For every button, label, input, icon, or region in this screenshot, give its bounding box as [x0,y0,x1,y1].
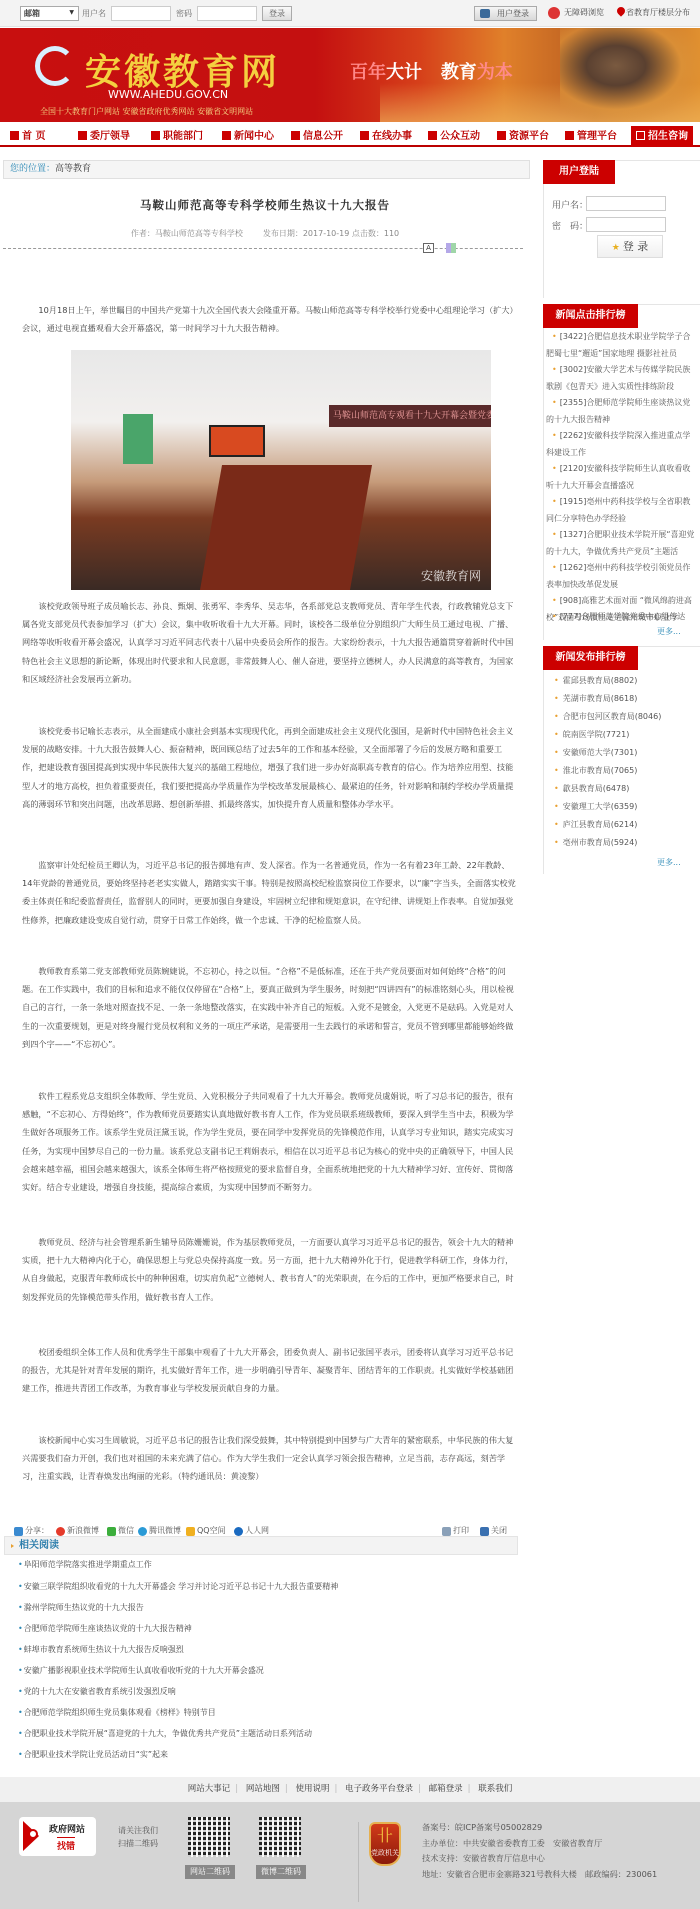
click-count: [777] [560,612,582,621]
related-item[interactable]: 阜阳师范学院落实推进学期重点工作 [18,1559,152,1570]
nav-label: 信息公开 [303,131,343,142]
footer: 政府网站 找错 请关注我们扫描二维码 网站二维码 微博二维码 卝党政机关 备案号… [0,1802,700,1909]
click-rank-item[interactable]: •[3422]合肥信息技术职业学院学子合肥蜀七里“邂逅”国家地理 摄影社社员 [546,329,698,362]
nav-item-leaders[interactable]: 委厅领导 [78,128,130,145]
click-rank-item[interactable]: •[777]合肥师范学院党委中心组传达 [546,609,698,626]
gov-site-error-report-badge[interactable]: 政府网站 找错 [19,1817,96,1856]
site-url: WWW.AHEDU.GOV.CN [108,88,228,101]
click-rank-item[interactable]: •[3002]安徽大学艺术与传媒学院民族歌剧《包青天》进入实质性排练阶段 [546,362,698,395]
username-input[interactable] [111,6,171,21]
home-icon [10,131,19,140]
related-item[interactable]: 安徽广播影视职业技术学院师生认真收看收听党的十九大开幕会盛况 [18,1665,264,1676]
click-rank-item[interactable]: •[1915]亳州中药科技学校与全省职教同仁分享特色办学经验 [546,494,698,527]
user-login-button[interactable]: 用户登录 [474,6,537,21]
click-rank-item[interactable]: •[2120]安徽科技学院师生认真收看收听十九大开幕会直播盛况 [546,461,698,494]
share-item-label: 新浪微博 [67,1526,99,1535]
separator: | [468,1784,471,1794]
bullet-icon: • [554,730,559,739]
list-icon [151,131,160,140]
publish-rank-text: 庐江县教育局(6214) [563,820,638,829]
nav-label: 管理平台 [577,131,617,142]
motto-part: 大计 [386,62,422,83]
wechat-icon [107,1527,116,1536]
publish-rank-text: 皖南医学院(7721) [563,730,630,739]
map-pin-icon [615,5,626,16]
related-item[interactable]: 蚌埠市教育系统师生热议十九大报告反响强烈 [18,1644,184,1655]
eye-icon [291,131,300,140]
footer-link-mail-login[interactable]: 邮箱登录 [429,1784,463,1794]
click-rank-more-link[interactable]: 更多... [657,626,681,637]
photo-element [209,425,265,457]
click-rank-item[interactable]: •[2262]安徽科技学院深入推进重点学科建设工作 [546,428,698,461]
site-slogan: 全国十大教育门户网站 安徽省政府优秀网站 安徽省文明网站 [40,106,253,117]
print-label: 打印 [453,1526,469,1535]
password-label: 密码 [176,8,192,19]
separator: | [235,1784,238,1794]
color-theme-toggle[interactable] [446,243,456,253]
close-icon [480,1527,489,1536]
publish-rank-text: 安徽师范大学(7301) [563,748,638,757]
bullet-icon: • [552,530,557,539]
nav-item-public-interaction[interactable]: 公众互动 [428,128,480,145]
floor-map-label: 省教育厅楼层分布 [626,8,690,17]
publish-rank-text: 合肥市包河区教育局(8046) [563,712,662,721]
breadcrumb: 您的位置：高等教育 [3,160,530,179]
bullet-icon: • [552,398,557,407]
grid-icon [360,131,369,140]
follow-line: 扫描二维码 [118,1837,158,1850]
magnifier-icon [28,1829,38,1839]
related-item[interactable]: 合肥师范学院组织师生党员集体观看《榜样》特别节目 [18,1707,216,1718]
click-rank-panel: 新闻点击排行榜 •[3422]合肥信息技术职业学院学子合肥蜀七里“邂逅”国家地理… [543,304,700,640]
address-info: 地址：安徽省合肥市金寨路321号教科大楼 邮政编码：230061 [422,1867,657,1883]
nav-label: 公众互动 [440,131,480,142]
article-paragraph: 该校新闻中心实习生周敏说，习近平总书记的报告让我们深受鼓舞，其中特别提到中国梦与… [22,1431,517,1486]
sponsor-info: 主办单位：中共安徽省委教育工委 安徽省教育厅 [422,1836,657,1852]
publish-rank-text: 淮北市教育局(7065) [563,766,638,775]
bullet-icon: • [552,332,557,341]
bullet-icon: • [552,497,557,506]
related-item[interactable]: 滁州学院师生热议党的十九大报告 [18,1602,144,1613]
bullet-icon: • [552,365,557,374]
article-paragraph: 该校党政领导班子成员喻长志、孙良、甄炯、张勇军、李秀华、吴志华，各系部党总支教师… [22,597,517,688]
nav-item-departments[interactable]: 职能部门 [151,128,203,145]
article-photo: 马鞍山师范高专观看十九大开幕会暨党委中心组理论学习 安徽教育网 [71,350,491,590]
separator: | [334,1784,337,1794]
click-count: [1327] [560,530,587,539]
article-paragraph: 该校党委书记喻长志表示，从全面建成小康社会到基本实现现代化，再到全面建成社会主义… [22,722,517,813]
floor-map-link[interactable]: 省教育厅楼层分布 [617,6,690,20]
nav-label: 新闻中心 [234,131,274,142]
related-item[interactable]: 安徽三联学院组织收看党的十九大开幕盛会 学习并讨论习近平总书记十九大报告重要精神 [18,1581,338,1592]
site-qr-label: 网站二维码 [185,1865,235,1879]
nav-label: 职能部门 [163,131,203,142]
related-item[interactable]: 党的十九大在安徽省教育系统引发强烈反响 [18,1686,176,1697]
bullet-icon: • [554,802,559,811]
share-label-text: 分享： [25,1526,49,1535]
login-button-label: 登 录 [623,240,649,253]
article-paragraph: 教师教育系第二党支部教师党员陈婉婕说，不忘初心，持之以恒。“合格”不是低标准，还… [22,962,517,1053]
rss-icon [222,131,231,140]
user-icon [480,9,490,18]
renren-icon [234,1527,243,1536]
bullet-icon: • [554,676,559,685]
photo-banner-text: 马鞍山师范高专观看十九大开幕会暨党委中心组理论学习 [329,405,491,427]
article-paragraph: 10月18日上午，举世瞩目的中国共产党第十九次全国代表大会隆重开幕。马鞍山师范高… [22,301,517,337]
click-rank-title: 新闻点击排行榜 [543,304,638,328]
close-label: 关闭 [491,1526,507,1535]
click-count: [2355] [560,398,587,407]
nav-label: 资源平台 [509,131,549,142]
top-login-button[interactable]: 登录 [262,6,292,21]
hand-icon [428,131,437,140]
login-password-label: 密 码： [552,219,588,232]
banner-mountain-image [560,28,700,122]
divider [3,248,523,249]
password-input[interactable] [197,6,257,21]
photo-watermark: 安徽教育网 [421,567,481,584]
party-emblem-icon: 卝 [371,1824,399,1848]
nav-item-management[interactable]: 管理平台 [565,128,617,145]
share-item-label: 微信 [118,1526,134,1535]
separator: | [285,1784,288,1794]
accessibility-label: 无障碍浏览 [564,8,604,17]
article-author: 作者：马鞍山师范高等专科学校 [131,229,243,238]
footer-link-help[interactable]: 使用说明 [295,1784,329,1794]
article-paragraph: 监察审计处纪检员王卿认为，习近平总书记的报告掷地有声、发人深省。作为一名普通党员… [22,856,517,929]
bullet-icon: • [554,748,559,757]
publish-rank-item[interactable]: •安徽师范大学(7301) [554,747,637,758]
related-reading-header: 相关阅读 [4,1536,518,1555]
font-size-toggle[interactable]: A [423,243,434,253]
publish-rank-item[interactable]: •亳州市教育局(5924) [554,837,637,848]
click-count: [3422] [560,332,587,341]
nav-label: 委厅领导 [90,131,130,142]
share-item-label: QQ空间 [197,1526,226,1535]
badge-text: 政府网站 [49,1822,85,1835]
publish-rank-item[interactable]: •歙县教育局(6478) [554,783,629,794]
publish-rank-text: 安徽理工大学(6359) [563,802,638,811]
accessibility-icon [548,7,560,19]
related-item[interactable]: 合肥师范学院师生座谈热议党的十九大报告精神 [18,1623,192,1634]
chevron-down-icon: ▼ [69,9,74,16]
site-qr-code-icon [188,1817,230,1857]
article-meta: 作者：马鞍山师范高等专科学校发布日期：2017-10-19 点击数：110 [0,228,530,239]
user-login-panel: 用户登陆 用户名： 密 码： ★登 录 [543,160,700,298]
top-bar: 邮箱▼ 用户名 密码 登录 用户登录 无障碍浏览 省教育厅楼层分布 [0,0,700,27]
login-submit-button[interactable]: ★登 录 [597,235,663,258]
banner-motto: 百年大计 教育为本 [350,58,513,84]
publish-rank-text: 歙县教育局(6478) [563,784,630,793]
divider [358,1822,359,1902]
tech-support-info: 技术支持：安徽省教育厅信息中心 [422,1851,657,1867]
click-count: [2120] [560,464,587,473]
article-paragraph: 教师党员、经济与社会管理系新生辅导员陈姗姗说，作为基层教师党员，一方面要认真学习… [22,1233,517,1306]
click-count: [3002] [560,365,587,374]
publish-rank-item[interactable]: •安徽理工大学(6359) [554,801,637,812]
nav-item-info-disclosure[interactable]: 信息公开 [291,128,343,145]
publish-rank-item[interactable]: •淮北市教育局(7065) [554,765,637,776]
bullet-icon: • [554,694,559,703]
bullet-icon: • [554,820,559,829]
icp-number: 备案号：皖ICP备案号05002829 [422,1820,657,1836]
publish-rank-item[interactable]: •庐江县教育局(6214) [554,819,637,830]
follow-line: 请关注我们 [118,1824,158,1837]
click-rank-item[interactable]: •[1262]亳州中药科技学校引领党员作表率加快改革促发展 [546,560,698,593]
main-nav: 首 页 委厅领导 职能部门 新闻中心 信息公开 在线办事 公众互动 资源平台 管… [0,125,700,147]
nav-item-online-service[interactable]: 在线办事 [360,128,412,145]
publish-rank-panel: 新闻发布排行榜 •霍邱县教育局(8802) •芜湖市教育局(8618) •合肥市… [543,646,700,874]
mail-select-value: 邮箱 [24,9,40,18]
star-icon [186,1527,195,1536]
photo-element [200,465,372,590]
click-count: [908] [560,596,582,605]
badge-text: 党政机关 [371,1848,399,1858]
click-count: [2262] [560,431,587,440]
nav-item-news[interactable]: 新闻中心 [222,128,274,145]
click-count: [1262] [560,563,587,572]
person-icon [78,131,87,140]
plus-icon [14,1527,23,1536]
click-count: [1915] [560,497,587,506]
breadcrumb-current[interactable]: 高等教育 [55,164,91,174]
publish-rank-text: 亳州市教育局(5924) [563,838,638,847]
accessibility-link[interactable]: 无障碍浏览 [548,6,604,20]
footer-link-contact[interactable]: 联系我们 [478,1784,512,1794]
printer-icon [442,1527,451,1536]
article-date: 发布日期：2017-10-19 点击数：110 [263,229,399,238]
weibo-qr-code-icon [259,1817,301,1857]
login-password-input[interactable] [586,217,666,232]
motto-part: 为本 [477,62,513,83]
footer-info: 备案号：皖ICP备案号05002829 主办单位：中共安徽省委教育工委 安徽省教… [422,1820,657,1882]
bullet-icon: • [554,784,559,793]
monitor-icon [565,131,574,140]
publish-rank-item[interactable]: •皖南医学院(7721) [554,729,629,740]
login-username-input[interactable] [586,196,666,211]
photo-element [123,414,153,464]
tencent-weibo-icon [138,1527,147,1536]
footer-link-milestones[interactable]: 网站大事记 [188,1784,231,1794]
nav-item-home[interactable]: 首 页 [10,128,45,145]
site-banner: 安徽教育网 WWW.AHEDU.GOV.CN 全国十大教育门户网站 安徽省政府优… [0,28,700,122]
publish-rank-text: 芜湖市教育局(8618) [563,694,638,703]
publish-rank-item[interactable]: •合肥市包河区教育局(8046) [554,711,661,722]
username-label: 用户名 [82,8,106,19]
bullet-icon: • [552,464,557,473]
article-paragraph: 校团委组织全体工作人员和优秀学生干部集中观看了十九大开幕会，团委负责人、副书记张… [22,1343,517,1398]
bullet-icon: • [554,838,559,847]
bullet-icon: • [552,563,557,572]
click-rank-item[interactable]: •[1327]合肥职业技术学院开展“喜迎党的十九大，争做优秀共产党员”主题活 [546,527,698,560]
footer-link-egov-login[interactable]: 电子政务平台登录 [345,1784,413,1794]
footer-link-sitemap[interactable]: 网站地图 [246,1784,280,1794]
mail-select[interactable]: 邮箱▼ [20,6,79,21]
nav-item-resources[interactable]: 资源平台 [497,128,549,145]
footer-links: 网站大事记| 网站地图| 使用说明| 电子政务平台登录| 邮箱登录| 联系我们 [0,1777,700,1802]
breadcrumb-label: 您的位置： [10,164,55,174]
click-rank-item[interactable]: •[2355]合肥师范学院师生座谈热议党的十九大报告精神 [546,395,698,428]
nav-label: 在线办事 [372,131,412,142]
nav-label: 招生咨询 [648,131,688,142]
article-title: 马鞍山师范高等专科学校师生热议十九大报告 [0,197,530,213]
publish-rank-more-link[interactable]: 更多... [657,857,681,868]
weibo-qr-label: 微博二维码 [256,1865,306,1879]
badge-text: 找错 [57,1837,75,1852]
chat-icon [636,131,645,140]
nav-item-admissions[interactable]: 招生咨询 [631,126,693,147]
bullet-icon: • [552,431,557,440]
share-item-label: 人人网 [245,1526,269,1535]
share-item-label: 腾讯微博 [149,1526,181,1535]
motto-part: 教育 [441,62,477,83]
related-item[interactable]: 合肥职业技术学院让党员活动日“实”起来 [18,1749,168,1760]
related-item[interactable]: 合肥职业技术学院开展“喜迎党的十九大，争做优秀共产党员”主题活动日系列活动 [18,1728,312,1739]
click-rank-text: 合肥师范学院党委中心组传达 [581,612,685,621]
bullet-icon: • [554,766,559,775]
star-icon: ★ [612,243,620,253]
bullet-icon: • [554,712,559,721]
weibo-icon [56,1527,65,1536]
site-logo-icon [35,46,75,86]
publish-rank-item[interactable]: •霍邱县教育局(8802) [554,675,637,686]
bullet-icon: • [552,612,557,621]
login-panel-title: 用户登陆 [543,160,615,184]
bullet-icon: • [552,596,557,605]
publish-rank-title: 新闻发布排行榜 [543,646,638,670]
publish-rank-text: 霍邱县教育局(8802) [563,676,638,685]
party-gov-badge[interactable]: 卝党政机关 [369,1822,401,1866]
publish-rank-item[interactable]: •芜湖市教育局(8618) [554,693,637,704]
separator: | [418,1784,421,1794]
nav-label: 首 页 [22,131,45,142]
follow-us-text: 请关注我们扫描二维码 [118,1824,158,1850]
user-login-label: 用户登录 [497,9,529,18]
motto-part: 百年 [350,62,386,83]
login-username-label: 用户名： [552,198,588,211]
gear-icon [497,131,506,140]
article-paragraph: 软件工程系党总支组织全体教师、学生党员、入党积极分子共同观看了十九大开幕会。教师… [22,1087,517,1196]
